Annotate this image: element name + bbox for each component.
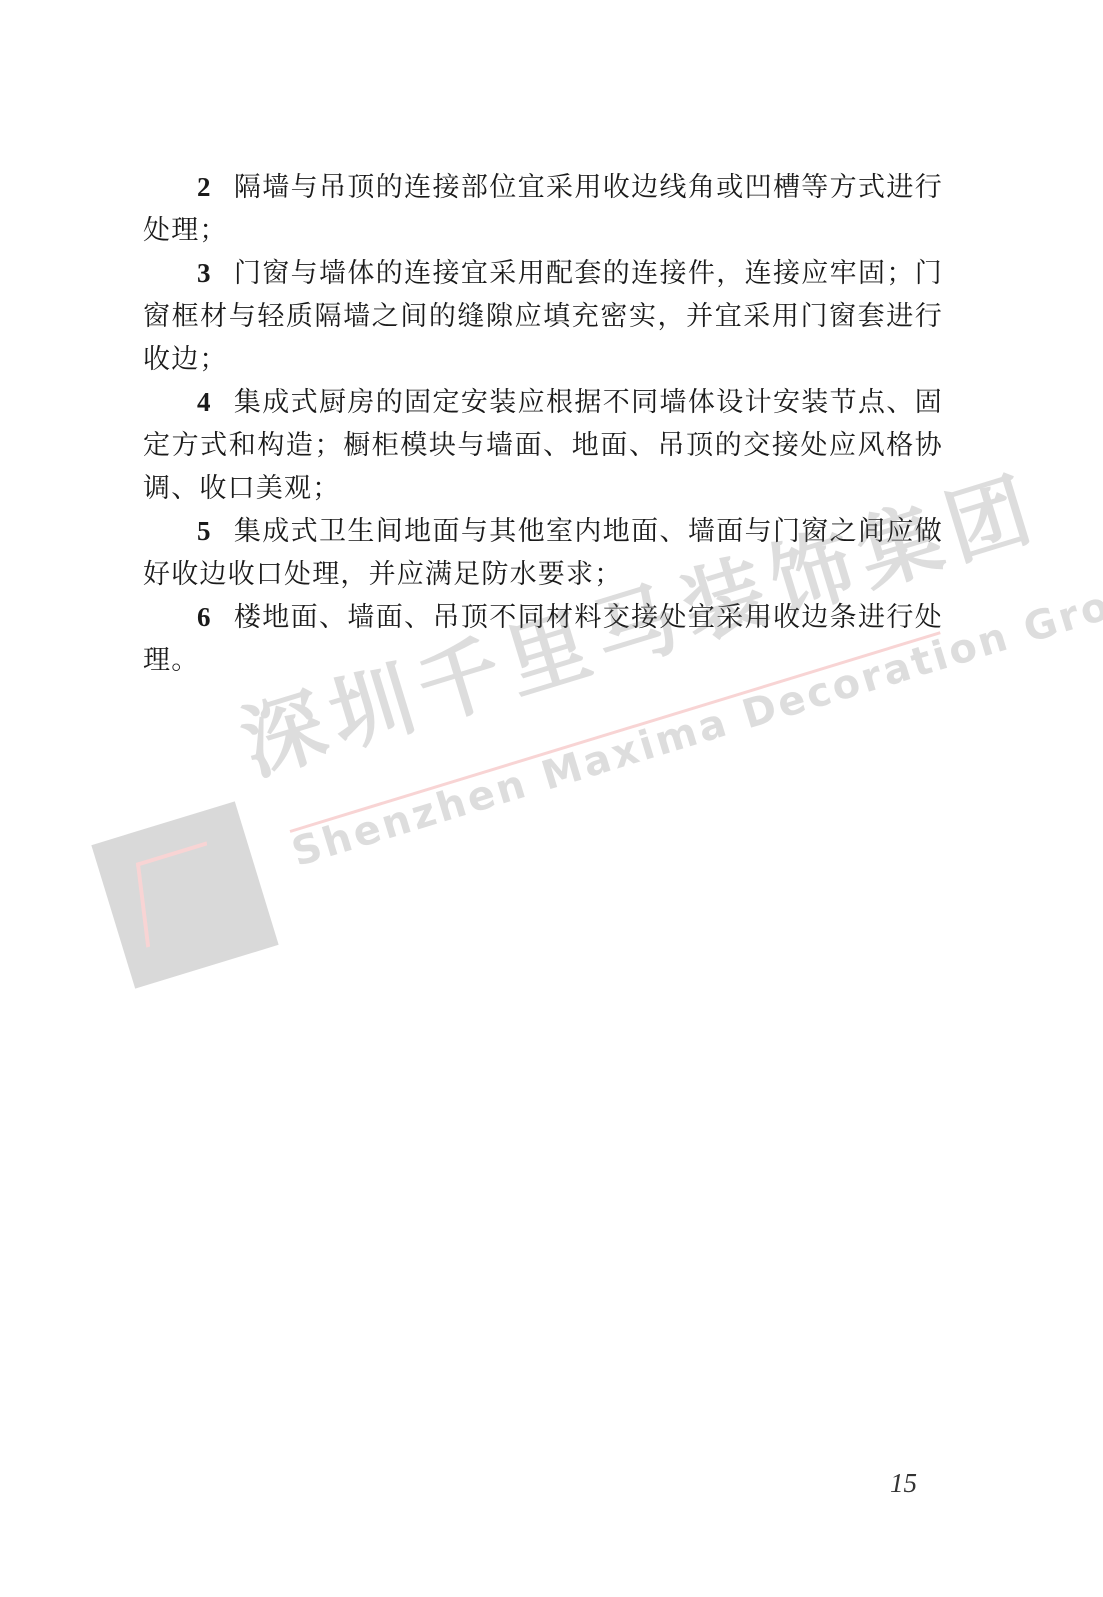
list-item: 2隔墙与吊顶的连接部位宜采用收边线角或凹槽等方式进行处理； (143, 166, 943, 252)
list-item: 5集成式卫生间地面与其他室内地面、墙面与门窗之间应做好收边收口处理，并应满足防水… (143, 510, 943, 596)
page-number: 15 (890, 1468, 917, 1499)
item-text: 集成式厨房的固定安装应根据不同墙体设计安装节点、固定方式和构造；橱柜模块与墙面、… (143, 387, 943, 504)
document-body: 2隔墙与吊顶的连接部位宜采用收边线角或凹槽等方式进行处理； 3门窗与墙体的连接宜… (143, 166, 943, 682)
list-item: 3门窗与墙体的连接宜采用配套的连接件，连接应牢固；门窗框材与轻质隔墙之间的缝隙应… (143, 252, 943, 381)
item-text: 楼地面、墙面、吊顶不同材料交接处宜采用收边条进行处理。 (143, 602, 943, 676)
item-text: 隔墙与吊顶的连接部位宜采用收边线角或凹槽等方式进行处理； (143, 172, 943, 246)
item-number: 2 (197, 172, 212, 202)
item-number: 4 (197, 387, 212, 417)
item-text: 集成式卫生间地面与其他室内地面、墙面与门窗之间应做好收边收口处理，并应满足防水要… (143, 516, 943, 590)
item-text: 门窗与墙体的连接宜采用配套的连接件，连接应牢固；门窗框材与轻质隔墙之间的缝隙应填… (143, 258, 943, 375)
item-number: 6 (197, 602, 212, 632)
list-item: 4集成式厨房的固定安装应根据不同墙体设计安装节点、固定方式和构造；橱柜模块与墙面… (143, 381, 943, 510)
item-number: 3 (197, 258, 212, 288)
watermark: 深圳千里马装饰集团 Shenzhen Maxima Decoration Gro… (110, 640, 1010, 1000)
item-number: 5 (197, 516, 212, 546)
company-logo-icon (91, 801, 278, 988)
list-item: 6楼地面、墙面、吊顶不同材料交接处宜采用收边条进行处理。 (143, 596, 943, 682)
